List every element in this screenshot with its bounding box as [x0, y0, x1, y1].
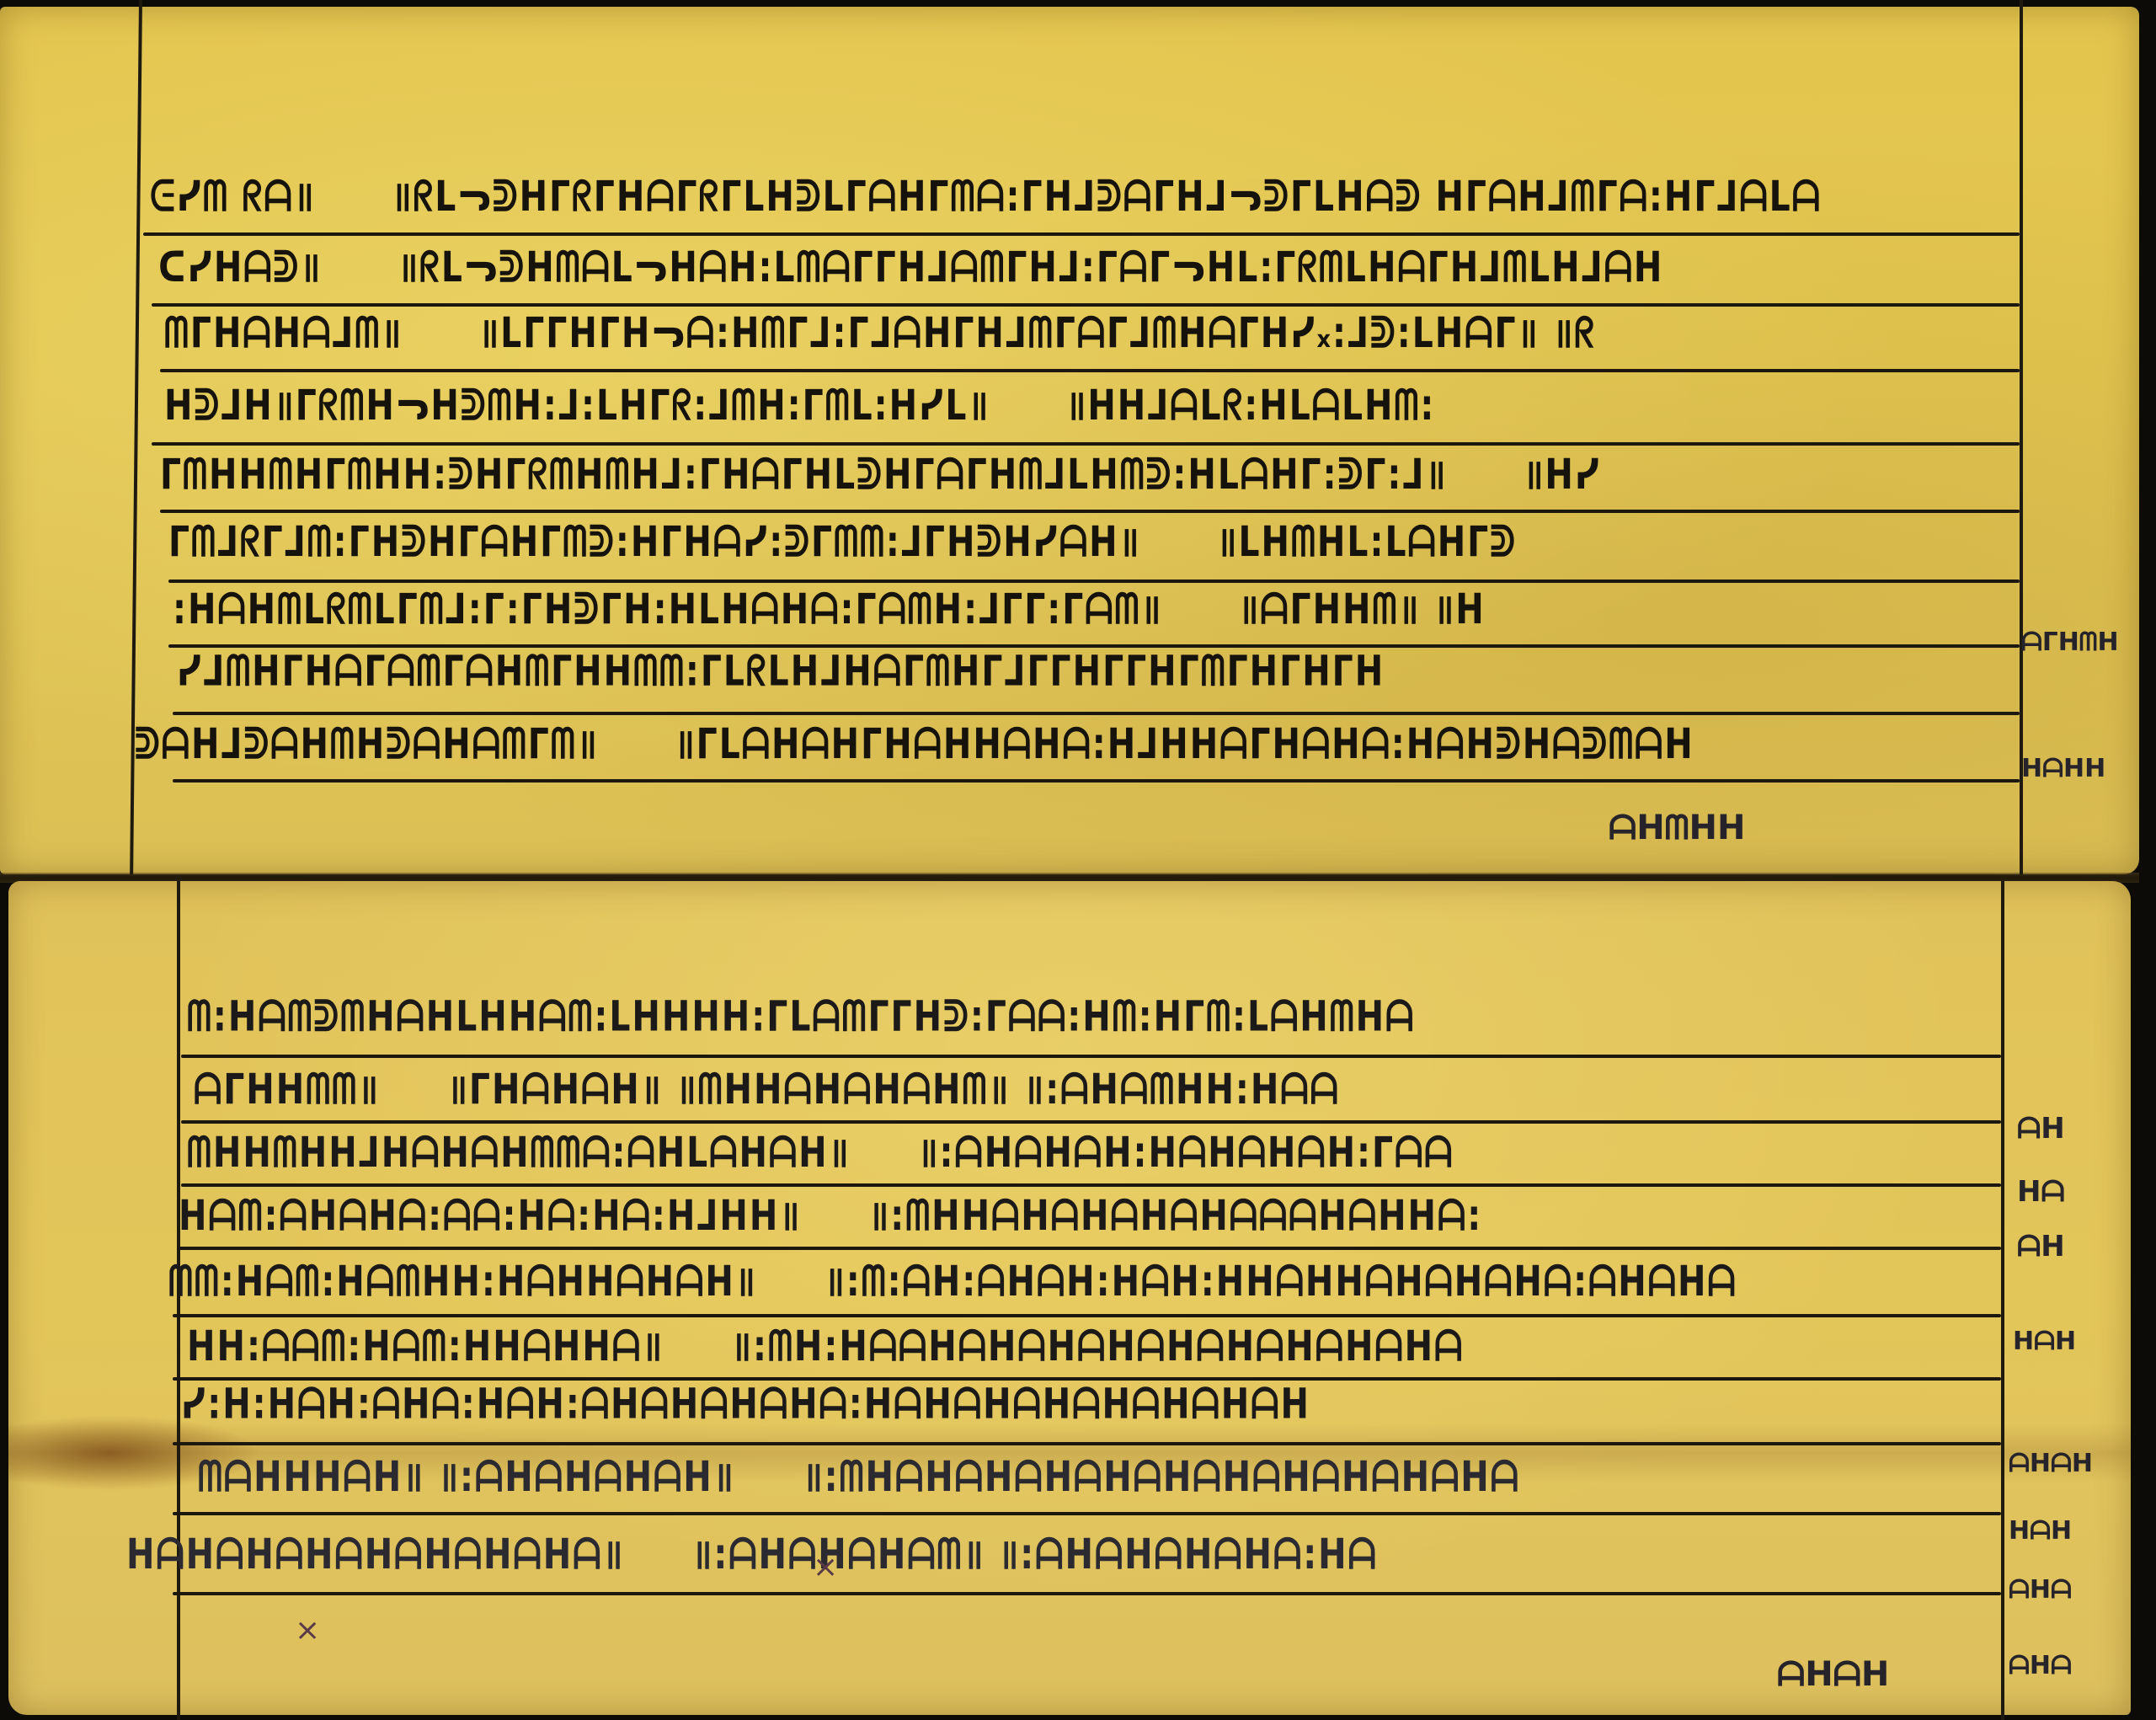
- line-segment: ॥ᒥᕼᗩᕼᗩᕼ॥ ॥ᗰᕼᕼᗩᕼᗩᕼᗩᕼᗰ॥ ॥:ᗩᕼᗩᗰᕼᕼ:ᕼᗩᗩ: [447, 1066, 1340, 1114]
- line-segment: ᕼᕼ:ᗩᗩᗰ:ᕼᗩᗰ:ᕼᕼᗩᕼᕼᗩ॥: [187, 1322, 664, 1371]
- line-segment: ᓯ:ᕼ:ᕼᗩᕼ:ᗩᕼᗩ:ᕼᗩᕼ:ᗩᕼᗩᕼᗩᕼᗩᕼᗩ:ᕼᗩᕼᗩᕼᗩᕼᗩᕼᗩᕼᗩᕼᗩ…: [181, 1381, 1310, 1429]
- cross-mark: ×: [295, 1613, 320, 1648]
- folio-footer-note-top: ᗩᕼᗰᕼᕼ: [1609, 809, 1746, 847]
- line-segment: ᗰᕼᕼᗰᕼᕼᒧᕼᗩᕼᗩᕼᗰᗰᗩ:ᗩᕼᒪᗩᕼᗩᕼ॥: [187, 1129, 851, 1178]
- line-segment: ॥:ᗩᕼᗩᕼᗩᕼᗩᗰ॥ ॥:ᗩᕼᗩᕼᗩᕼᗩᕼᗩ:ᕼᗩ: [691, 1530, 1378, 1579]
- line-segment: ॥ᖇᒪᓓᕲᕼᒥᖇᒥᕼᗩᒥᖇᒥᒪᕼᕲᒪᒥᗩᕼᒥᗰᗩ:ᒥᕼᒧᕲᗩᒥᕼᒧᓓᕲᒥᒪᕼᗩᕲ…: [392, 173, 1822, 222]
- line-segment: ॥ᗩᒥᕼᕼᗰ॥ ॥ᕼ: [1238, 585, 1485, 634]
- manuscript-line-7: :ᕼᗩᕼᗰᒪᖇᗰᒪᒥᗰᒧ:ᒥ:ᒥᕼᕲᒥᕼ:ᕼᒪᕼᗩᕼᗩ:ᒥᗩᗰᕼ:ᒧᒥᒥ:ᒥᗩᗰ…: [173, 578, 1486, 636]
- line-segment: ᕲᗩᕼᒧᕲᗩᕼᗰᕼᕲᗩᕼᗩᗰᒥᗰ॥: [135, 720, 599, 769]
- margin-note: ᕼᗩᕼ: [2013, 1327, 2076, 1356]
- line-segment: ᓯᒧᗰᕼᒥᕼᗩᒥᗩᗰᒥᗩᕼᗰᒥᕼᕼᗰᗰ:ᒥᒪᖇᒪᕼᒧᕼᗩᒥᗰᕼᒥᒧᒥᒥᕼᒥᒥᕼᒥ…: [177, 648, 1385, 697]
- manuscript-line-16: ᓯ:ᕼ:ᕼᗩᕼ:ᗩᕼᗩ:ᕼᗩᕼ:ᗩᕼᗩᕼᗩᕼᗩᕼᗩ:ᕼᗩᕼᗩᕼᗩᕼᗩᕼᗩᕼᗩᕼᗩ…: [181, 1381, 1310, 1429]
- line-segment: ᗩᒥᕼᕼᗰᗰ॥: [194, 1066, 380, 1114]
- line-segment: ᗰ:ᕼᗩᗰᕲᗰᕼᗩᕼᒪᕼᕼᗩᗰ:ᒪᕼᕼᕼᕼ:ᒥᒪᗩᗰᒥᒥᕼᕲ:ᒥᗩᗩ:ᕼᗰ:ᕼᒥ…: [187, 993, 1415, 1042]
- line-segment: ॥ᒪᒥᒥᕼᒥᕼᓓᗩ:ᕼᗰᒥᒧ:ᒥᒧᗩᕼᒥᕼᒧᗰᒥᗩᒥᒧᗰᕼᗩᒥᕼᓯ᙮:ᒧᕲ:ᒪᕼ…: [478, 309, 1596, 358]
- margin-note: ᗩᕼᗩᕼ: [2009, 1449, 2093, 1478]
- rule-line: [173, 1512, 2001, 1515]
- margin-note: ᗩᕼᗩ: [2009, 1575, 2072, 1605]
- margin-note: ᗩᒥᕼᗰᕼ: [2021, 628, 2119, 657]
- line-segment: ᒥᗰᕼᕼᗰᕼᒥᗰᕼᕼ:ᕲᕼᒥᖇᗰᕼᗰᕼᒧ:ᒥᕼᗩᒥᕼᒪᕲᕼᒥᗩᒥᕼᗰᒧᒪᕼᗰᕲ:…: [160, 451, 1447, 499]
- line-segment: :ᕼᗩᕼᗰᒪᖇᗰᒪᒥᗰᒧ:ᒥ:ᒥᕼᕲᒥᕼ:ᕼᒪᕼᗩᕼᗩ:ᒥᗩᗰᕼ:ᒧᒥᒥ:ᒥᗩᗰ…: [173, 585, 1162, 634]
- line-segment: ॥ᕼᓯ: [1523, 451, 1601, 499]
- manuscript-line-9: ᕲᗩᕼᒧᕲᗩᕼᗰᕼᕲᗩᕼᗩᗰᒥᗰ॥॥ᒥᒪᗩᕼᗩᕼᒥᕼᗩᕼᕼᗩᕼᗩ:ᕼᒧᕼᕼᗩᒥᕼ…: [135, 713, 1694, 771]
- line-segment: ᑕᓯᕼᗩᕲ॥: [158, 243, 322, 292]
- manuscript-line-17: ᗰᗩᕼᕼᕼᗩᕼ॥ ॥:ᗩᕼᗩᕼᗩᕼᗩᕼ॥॥:ᗰᕼᗩᕼᗩᕼᗩᕼᗩᕼᗩᕼᗩᕼᗩᕼᗩᕼ…: [198, 1445, 1520, 1504]
- manuscript-line-6: ᒥᗰᒧᖇᒥᒧᗰ:ᒥᕼᕲᕼᒥᗩᕼᒥᗰᕲ:ᕼᒥᕼᗩᓯ:ᕲᒥᗰᗰ:ᒧᒥᕼᕲᕼᓯᗩᕼ॥॥…: [168, 510, 1517, 569]
- margin-note: ᕼᗩᕼᕼ: [2021, 754, 2105, 783]
- margin-note: ᗩᕼ: [2017, 1112, 2065, 1146]
- line-segment: ॥ᕼᕼᒧᗩᒪᖇ:ᕼᒪᗩᒪᕼᗰ:: [1065, 382, 1435, 430]
- line-segment: ᕼᕲᒧᕼ॥ᒥᖇᗰᕼᓓᕼᕲᗰᕼ:ᒧ:ᒪᕼᒥᖇ:ᒧᗰᕼ:ᒥᗰᒪ:ᕼᓯᒪ॥: [164, 382, 990, 430]
- line-segment: ᒥᗰᒧᖇᒥᒧᗰ:ᒥᕼᕲᕼᒥᗩᕼᒥᗰᕲ:ᕼᒥᕼᗩᓯ:ᕲᒥᗰᗰ:ᒧᒥᕼᕲᕼᓯᗩᕼ॥: [168, 518, 1141, 567]
- manuscript-line-1: ᕮᓯᗰ ᖇᗩ॥॥ᖇᒪᓓᕲᕼᒥᖇᒥᕼᗩᒥᖇᒥᒪᕼᕲᒪᒥᗩᕼᒥᗰᗩ:ᒥᕼᒧᕲᗩᒥᕼᒧ…: [150, 165, 1822, 223]
- right-margin-rule-bottom: [2001, 881, 2004, 1720]
- rule-line: [160, 369, 2020, 372]
- manuscript-line-8: ᓯᒧᗰᕼᒥᕼᗩᒥᗩᗰᒥᗩᕼᗰᒥᕼᕼᗰᗰ:ᒥᒪᖇᒪᕼᒧᕼᗩᒥᗰᕼᒥᒧᒥᒥᕼᒥᒥᕼᒥ…: [177, 648, 1460, 697]
- line-segment: ᕼᗩᗰ:ᗩᕼᗩᕼᗩ:ᗩᗩ:ᕼᗩ:ᕼᗩ:ᕼᒧᕼᕼ॥: [179, 1192, 801, 1241]
- line-segment: ᕼᗩᕼᗩᕼᗩᕼᗩᕼᗩᕼᗩᕼᗩᕼᗩ॥: [126, 1530, 624, 1579]
- rule-line: [173, 1592, 2001, 1595]
- line-segment: ॥:ᗰᕼ:ᕼᗩᗩᕼᗩᕼᗩᕼᗩᕼᗩᕼᗩᕼᗩᕼᗩᕼᗩᕼᗩ: [731, 1322, 1464, 1371]
- line-segment: ॥ᒪᕼᗰᕼᒪ:ᒪᗩᕼᒥᕲ: [1217, 518, 1517, 567]
- manuscript-line-4: ᕼᕲᒧᕼ॥ᒥᖇᗰᕼᓓᕼᕲᗰᕼ:ᒧ:ᒪᕼᒥᖇ:ᒧᗰᕼ:ᒥᗰᒪ:ᕼᓯᒪ॥॥ᕼᕼᒧᗩᒪ…: [164, 374, 1435, 432]
- margin-note: ᗩᕼ: [2017, 1230, 2065, 1263]
- rule-line: [173, 779, 2020, 783]
- folio-footer-note-bottom: ᗩᕼᗩᕼ: [1777, 1655, 1889, 1694]
- line-segment: ᗰᒥᕼᗩᕼᗩᒧᗰ॥: [164, 309, 403, 358]
- manuscript-line-18: ᕼᗩᕼᗩᕼᗩᕼᗩᕼᗩᕼᗩᕼᗩᕼᗩ॥॥:ᗩᕼᗩᕼᗩᕼᗩᗰ॥ ॥:ᗩᕼᗩᕼᗩᕼᗩᕼᗩ…: [126, 1523, 1378, 1581]
- margin-note: ᕼᗩ: [2017, 1175, 2065, 1209]
- line-segment: ॥:ᗰ:ᗩᕼ:ᗩᕼᗩᕼ:ᕼᗩᕼ:ᕼᕼᗩᕼᕼᗩᕼᗩᕼᗩᕼᗩ:ᗩᕼᗩᕼᗩ: [825, 1258, 1737, 1306]
- margin-note: ᗩᕼᗩ: [2009, 1651, 2072, 1680]
- line-segment: ॥:ᗰᕼᗩᕼᗩᕼᗩᕼᗩᕼᗩᕼᗩᕼᗩᕼᗩᕼᗩᕼᗩᕼᗩ: [803, 1453, 1520, 1502]
- manuscript-line-5: ᒥᗰᕼᕼᗰᕼᒥᗰᕼᕼ:ᕲᕼᒥᖇᗰᕼᗰᕼᒧ:ᒥᕼᗩᒥᕼᒪᕲᕼᒥᗩᒥᕼᗰᒧᒪᕼᗰᕲ:…: [160, 443, 1601, 501]
- manuscript-line-2: ᑕᓯᕼᗩᕲ॥॥ᖇᒪᓓᕲᕼᗰᗩᒪᓓᕼᗩᕼ:ᒪᗰᗩᒥᒥᕼᒧᗩᗰᒥᕼᒧ:ᒥᗩᒥᓓᕼᒪ:…: [158, 236, 1663, 294]
- manuscript-line-12: ᗰᕼᕼᗰᕼᕼᒧᕼᗩᕼᗩᕼᗰᗰᗩ:ᗩᕼᒪᗩᕼᗩᕼ॥॥:ᗩᕼᗩᕼᗩᕼ:ᕼᗩᕼᗩᕼᗩᕼ…: [187, 1121, 1454, 1179]
- manuscript-line-3: ᗰᒥᕼᗩᕼᗩᒧᗰ॥॥ᒪᒥᒥᕼᒥᕼᓓᗩ:ᕼᗰᒥᒧ:ᒥᒧᗩᕼᒥᕼᒧᗰᒥᗩᒥᒧᗰᕼᗩᒥ…: [164, 302, 1596, 360]
- manuscript-line-10: ᗰ:ᕼᗩᗰᕲᗰᕼᗩᕼᒪᕼᕼᗩᗰ:ᒪᕼᕼᕼᕼ:ᒥᒪᗩᗰᒥᒥᕼᕲ:ᒥᗩᗩ:ᕼᗰ:ᕼᒥ…: [187, 993, 1415, 1042]
- manuscript-line-15: ᕼᕼ:ᗩᗩᗰ:ᕼᗩᗰ:ᕼᕼᗩᕼᕼᗩ॥॥:ᗰᕼ:ᕼᗩᗩᕼᗩᕼᗩᕼᗩᕼᗩᕼᗩᕼᗩᕼᗩ…: [187, 1315, 1464, 1373]
- manuscript-line-11: ᗩᒥᕼᕼᗰᗰ॥॥ᒥᕼᗩᕼᗩᕼ॥ ॥ᗰᕼᕼᗩᕼᗩᕼᗩᕼᗰ॥ ॥:ᗩᕼᗩᗰᕼᕼ:ᕼᗩ…: [194, 1058, 1340, 1116]
- line-segment: ॥ᖇᒪᓓᕲᕼᗰᗩᒪᓓᕼᗩᕼ:ᒪᗰᗩᒥᒥᕼᒧᗩᗰᒥᕼᒧ:ᒥᗩᒥᓓᕼᒪ:ᒥᖇᗰᒪᕼᗩ…: [398, 243, 1663, 292]
- line-segment: ᗰᗰ:ᕼᗩᗰ:ᕼᗩᗰᕼᕼ:ᕼᗩᕼᕼᗩᕼᗩᕼ॥: [168, 1258, 757, 1306]
- margin-note: ᕼᗩᕼ: [2009, 1516, 2072, 1546]
- manuscript-line-14: ᗰᗰ:ᕼᗩᗰ:ᕼᗩᗰᕼᕼ:ᕼᗩᕼᕼᗩᕼᗩᕼ॥॥:ᗰ:ᗩᕼ:ᗩᕼᗩᕼ:ᕼᗩᕼ:ᕼᕼ…: [168, 1250, 1737, 1308]
- line-segment: ᕮᓯᗰ ᖇᗩ॥: [150, 173, 316, 222]
- line-segment: ॥ᒥᒪᗩᕼᗩᕼᒥᕼᗩᕼᕼᗩᕼᗩ:ᕼᒧᕼᕼᗩᒥᕼᗩᕼᗩ:ᕼᗩᕼᕲᕼᗩᕲᗰᗩᕼ: [675, 720, 1694, 769]
- cross-mark: ×: [813, 1550, 838, 1584]
- line-segment: ॥:ᗰᕼᕼᗩᕼᗩᕼᗩᕼᗩᕼᗩᗩᗩᕼᗩᕼᕼᗩ:: [868, 1192, 1482, 1241]
- line-segment: ॥:ᗩᕼᗩᕼᗩᕼ:ᕼᗩᕼᗩᕼᗩᕼ:ᒥᗩᗩ: [918, 1129, 1454, 1178]
- manuscript-line-13: ᕼᗩᗰ:ᗩᕼᗩᕼᗩ:ᗩᗩ:ᕼᗩ:ᕼᗩ:ᕼᒧᕼᕼ॥॥:ᗰᕼᕼᗩᕼᗩᕼᗩᕼᗩᕼᗩᗩᗩ…: [179, 1184, 1482, 1242]
- right-margin-rule-top: [2020, 0, 2023, 874]
- line-segment: ᗰᗩᕼᕼᕼᗩᕼ॥ ॥:ᗩᕼᗩᕼᗩᕼᗩᕼ॥: [198, 1453, 735, 1502]
